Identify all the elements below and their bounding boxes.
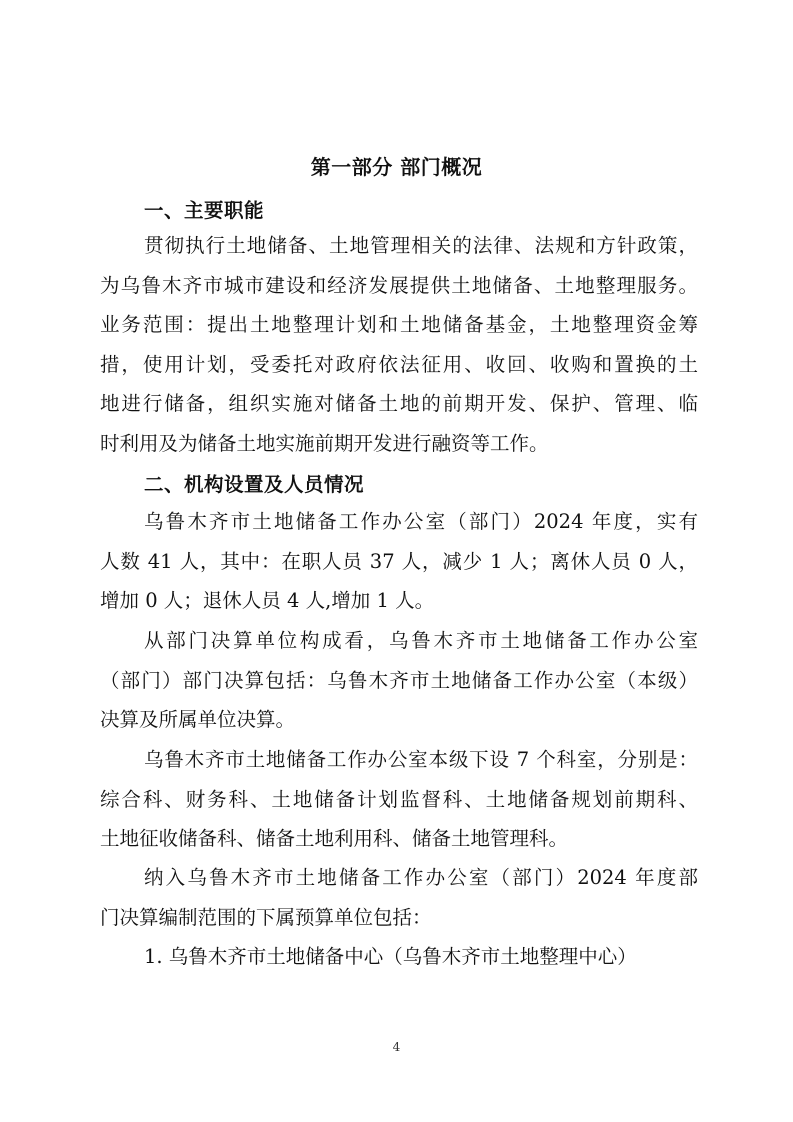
paragraph-staffing: 乌鲁木齐市土地储备工作办公室（部门）2024 年度，实有 人数 41 人，其中：… xyxy=(100,502,698,621)
text-line: 土地征收储备科、储备土地利用科、储备土地管理科。 xyxy=(100,819,698,859)
text-line: 措，使用计划，受委托对政府依法征用、收回、收购和置换的土 xyxy=(100,345,698,385)
text-line: 从部门决算单位构成看，乌鲁木齐市土地储备工作办公室 xyxy=(100,621,698,661)
paragraph-composition: 从部门决算单位构成看，乌鲁木齐市土地储备工作办公室 （部门）部门决算包括：乌鲁木… xyxy=(100,621,698,740)
text-line: 贯彻执行土地储备、土地管理相关的法律、法规和方针政策， xyxy=(100,226,698,266)
text-line: 地进行储备，组织实施对储备土地的前期开发、保护、管理、临 xyxy=(100,384,698,424)
text-line: 乌鲁木齐市土地储备工作办公室（部门）2024 年度，实有 xyxy=(100,502,698,542)
text-line: 人数 41 人，其中：在职人员 37 人，减少 1 人；离休人员 0 人， xyxy=(100,542,698,582)
text-line: 决算及所属单位决算。 xyxy=(100,700,698,740)
text-line: 增加 0 人；退休人员 4 人,增加 1 人。 xyxy=(100,581,698,621)
text-line: 乌鲁木齐市土地储备工作办公室本级下设 7 个科室，分别是： xyxy=(100,740,698,780)
text-line: 时利用及为储备土地实施前期开发进行融资等工作。 xyxy=(100,424,698,464)
text-line: 纳入乌鲁木齐市土地储备工作办公室（部门）2024 年度部 xyxy=(100,858,698,898)
page-number: 4 xyxy=(0,1040,793,1054)
paragraph-departments: 乌鲁木齐市土地储备工作办公室本级下设 7 个科室，分别是： 综合科、财务科、土地… xyxy=(100,740,698,859)
document-page: 第一部分 部门概况 一、主要职能 贯彻执行土地储备、土地管理相关的法律、法规和方… xyxy=(0,0,793,1122)
section-heading-main-functions: 一、主要职能 xyxy=(144,196,264,226)
text-line: 综合科、财务科、土地储备计划监督科、土地储备规划前期科、 xyxy=(100,780,698,820)
text-line: 为乌鲁木齐市城市建设和经济发展提供土地储备、土地整理服务。 xyxy=(100,266,698,306)
paragraph-subordinate-units: 纳入乌鲁木齐市土地储备工作办公室（部门）2024 年度部 门决算编制范围的下属预… xyxy=(100,858,698,937)
part-title: 第一部分 部门概况 xyxy=(0,152,793,182)
text-line: 门决算编制范围的下属预算单位包括： xyxy=(100,898,698,938)
text-line: 业务范围：提出土地整理计划和土地储备基金，土地整理资金筹 xyxy=(100,305,698,345)
text-line: （部门）部门决算包括：乌鲁木齐市土地储备工作办公室（本级） xyxy=(100,661,698,701)
text-line: 1. 乌鲁木齐市土地储备中心（乌鲁木齐市土地整理中心） xyxy=(100,937,698,977)
paragraph-main-functions: 贯彻执行土地储备、土地管理相关的法律、法规和方针政策， 为乌鲁木齐市城市建设和经… xyxy=(100,226,698,463)
list-item-subordinate-unit: 1. 乌鲁木齐市土地储备中心（乌鲁木齐市土地整理中心） xyxy=(100,937,698,977)
section-heading-organization: 二、机构设置及人员情况 xyxy=(144,470,364,500)
